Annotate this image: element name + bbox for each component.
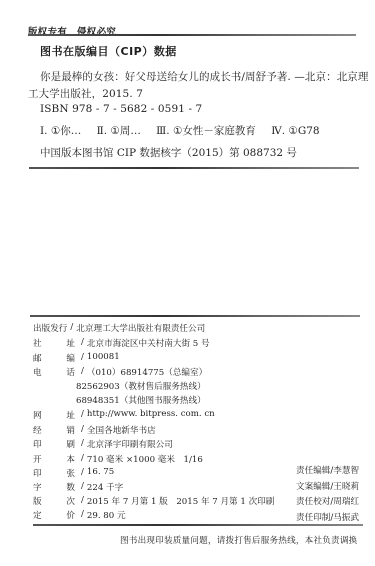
- info-row-postcode: 邮编 / 100081: [33, 352, 120, 364]
- info-value: 2015 年 7 月第 1 版 2015 年 7 月第 1 次印刷: [87, 495, 274, 507]
- info-row-format: 开本 / 710 毫米 ×1000 毫米 1/16: [33, 453, 203, 465]
- cip-classification: Ⅰ. ①你… Ⅱ. ①周… Ⅲ. ①女性－家庭教育 Ⅳ. ①G78: [40, 123, 332, 138]
- cip-description-line1: 你是最棒的女孩：好父母送给女儿的成长书/周舒予著. —北京：北京理: [40, 69, 369, 84]
- info-value: 北京泽宇印刷有限公司: [87, 438, 173, 450]
- bottom-divider: [33, 524, 363, 526]
- info-row-edition: 版次 / 2015 年 7 月第 1 版 2015 年 7 月第 1 次印刷: [33, 495, 274, 507]
- info-row-address: 社址 / 北京市海淀区中关村南大街 5 号: [33, 337, 210, 349]
- classification-item: Ⅲ. ①女性－家庭教育: [156, 125, 256, 137]
- quality-notice: 图书出现印装质量问题，请拨打售后服务热线，本社负责调换: [120, 534, 357, 546]
- info-row-website: 网址 / http://www. bitpress. com. cn: [33, 409, 215, 421]
- cip-title: 图书在版编目（CIP）数据: [40, 43, 177, 59]
- cip-description-line2: 工大学出版社，2015. 7: [28, 86, 143, 101]
- classification-item: Ⅱ. ①周…: [97, 125, 141, 137]
- info-phone-aftersales: 82562903（教材售后服务热线）: [76, 380, 206, 392]
- info-value: 29. 80 元: [87, 509, 126, 521]
- classification-item: Ⅰ. ①你…: [40, 125, 81, 137]
- top-divider: [28, 34, 356, 36]
- info-value: 全国各地新华书店: [87, 424, 156, 436]
- info-value: 710 毫米 ×1000 毫米 1/16: [87, 453, 203, 465]
- info-row-wordcount: 字数 / 224 千字: [33, 481, 123, 493]
- cip-bottom-divider: [29, 167, 359, 169]
- editor-credit: 责任编辑/李慧智: [296, 464, 359, 480]
- classification-item: Ⅳ. ①G78: [271, 125, 319, 137]
- info-row-sheets: 印张 / 16. 75: [33, 467, 114, 479]
- info-row-price: 定价 / 29. 80 元: [33, 509, 126, 521]
- info-value: 224 千字: [87, 481, 123, 493]
- info-value: 100081: [87, 352, 120, 364]
- info-row-printer: 印刷 / 北京泽宇印刷有限公司: [33, 438, 173, 450]
- info-row-publisher: 出版发行 / 北京理工大学出版社有限责任公司: [33, 322, 205, 334]
- cip-check-number: 中国版本图书馆 CIP 数据核字（2015）第 088732 号: [40, 145, 297, 160]
- info-label: 出版发行: [33, 322, 67, 334]
- editor-credit: 责任校对/周瑞红: [296, 495, 359, 511]
- info-row-phone: 电话 / （010）68914775（总编室）: [33, 366, 207, 378]
- info-row-distributor: 经销 / 全国各地新华书店: [33, 424, 156, 436]
- info-value: 北京市海淀区中关村南大街 5 号: [87, 337, 210, 349]
- info-top-divider: [30, 315, 360, 317]
- info-value: 北京理工大学出版社有限责任公司: [76, 322, 205, 334]
- info-value: 16. 75: [87, 467, 114, 479]
- editor-credits: 责任编辑/李慧智 文案编辑/王晓莉 责任校对/周瑞红 责任印制/马振武: [296, 464, 359, 526]
- cip-isbn: ISBN 978 - 7 - 5682 - 0591 - 7: [40, 103, 202, 115]
- info-value: （010）68914775（总编室）: [87, 366, 207, 378]
- editor-credit: 文案编辑/王晓莉: [296, 480, 359, 496]
- website-link[interactable]: http://www. bitpress. com. cn: [87, 409, 215, 421]
- info-phone-other: 68948351（其他图书服务热线）: [76, 394, 206, 406]
